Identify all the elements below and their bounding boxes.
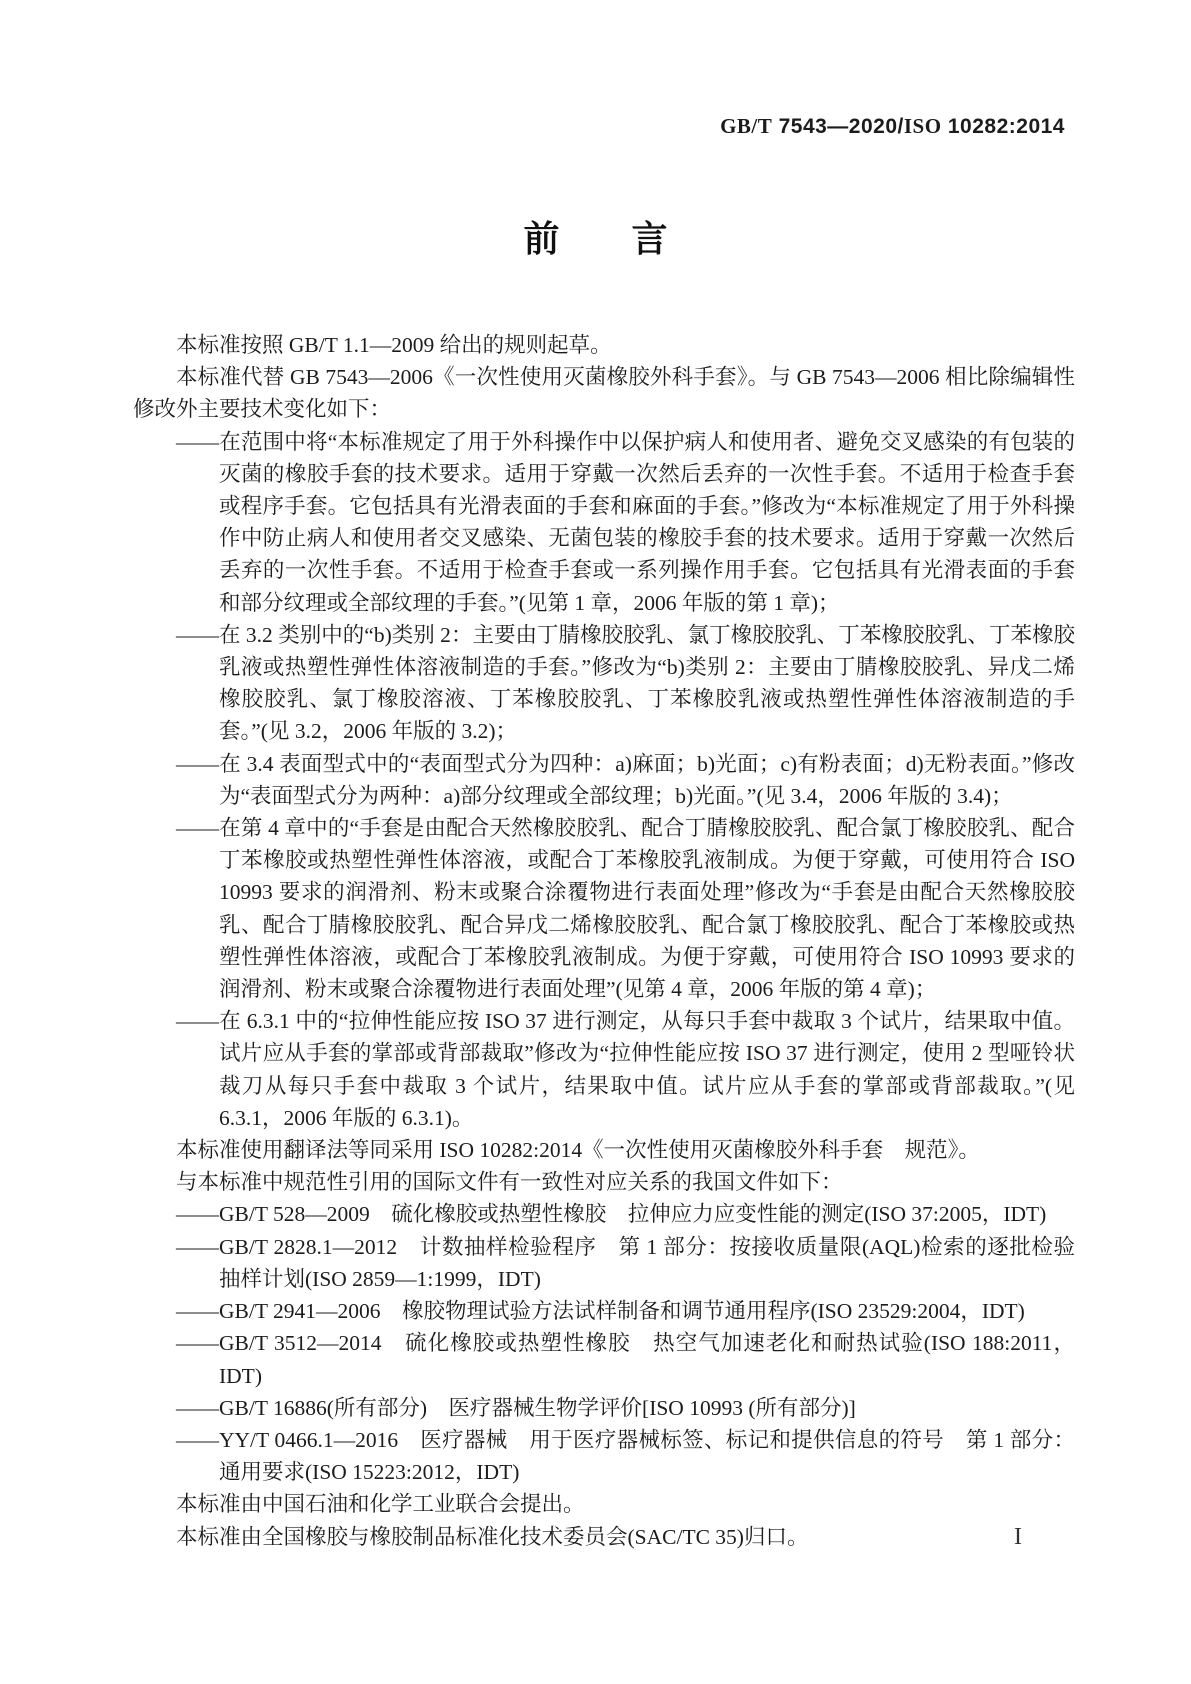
change-list-item: ——YY/T 0466.1—2016 医疗器械 用于医疗器械标签、标记和提供信息… bbox=[133, 1424, 1075, 1488]
foreword-body: 本标准按照 GB/T 1.1—2009 给出的规则起草。本标准代替 GB 754… bbox=[133, 329, 1075, 1553]
standard-code-header: GB/T 7543—2020/ISO 10282:2014 bbox=[133, 114, 1065, 139]
change-list-item: ——在 3.2 类别中的“b)类别 2：主要由丁腈橡胶胶乳、氯丁橡胶胶乳、丁苯橡… bbox=[133, 619, 1075, 748]
change-list-item: ——GB/T 528—2009 硫化橡胶或热塑性橡胶 拉伸应力应变性能的测定(I… bbox=[133, 1198, 1075, 1230]
change-list-item: ——GB/T 16886(所有部分) 医疗器械生物学评价[ISO 10993 (… bbox=[133, 1392, 1075, 1424]
standard-code-intl-number: 10282:2014 bbox=[942, 115, 1065, 138]
standard-code-number: 7543—2020/ bbox=[772, 115, 904, 138]
change-list-item: ——GB/T 2941—2006 橡胶物理试验方法试样制备和调节通用程序(ISO… bbox=[133, 1295, 1075, 1327]
change-list-item: ——在 3.4 表面型式中的“表面型式分为四种：a)麻面；b)光面；c)有粉表面… bbox=[133, 748, 1075, 812]
foreword-paragraph: 本标准代替 GB 7543—2006《一次性使用灭菌橡胶外科手套》。与 GB 7… bbox=[133, 361, 1075, 425]
change-list-item: ——GB/T 2828.1—2012 计数抽样检验程序 第 1 部分：按接收质量… bbox=[133, 1231, 1075, 1295]
change-list-item: ——在 6.3.1 中的“拉伸性能应按 ISO 37 进行测定，从每只手套中裁取… bbox=[133, 1005, 1075, 1134]
page-title: 前 言 bbox=[0, 218, 1191, 260]
foreword-paragraph: 与本标准中规范性引用的国际文件有一致性对应关系的我国文件如下： bbox=[133, 1166, 1075, 1198]
change-list-item: ——在第 4 章中的“手套是由配合天然橡胶胶乳、配合丁腈橡胶胶乳、配合氯丁橡胶胶… bbox=[133, 812, 1075, 1005]
standard-code-org: ISO bbox=[904, 114, 942, 138]
document-page: GB/T 7543—2020/ISO 10282:2014 前 言 本标准按照 … bbox=[0, 0, 1191, 1684]
change-list-item: ——GB/T 3512—2014 硫化橡胶或热塑性橡胶 热空气加速老化和耐热试验… bbox=[133, 1327, 1075, 1391]
page-number: I bbox=[1014, 1524, 1022, 1551]
foreword-paragraph: 本标准由中国石油和化学工业联合会提出。 bbox=[133, 1488, 1075, 1520]
standard-code-prefix: GB/T bbox=[720, 114, 772, 138]
foreword-paragraph: 本标准由全国橡胶与橡胶制品标准化技术委员会(SAC/TC 35)归口。 bbox=[133, 1521, 1075, 1553]
foreword-paragraph: 本标准按照 GB/T 1.1—2009 给出的规则起草。 bbox=[133, 329, 1075, 361]
foreword-paragraph: 本标准使用翻译法等同采用 ISO 10282:2014《一次性使用灭菌橡胶外科手… bbox=[133, 1134, 1075, 1166]
change-list-item: ——在范围中将“本标准规定了用于外科操作中以保护病人和使用者、避免交叉感染的有包… bbox=[133, 426, 1075, 619]
